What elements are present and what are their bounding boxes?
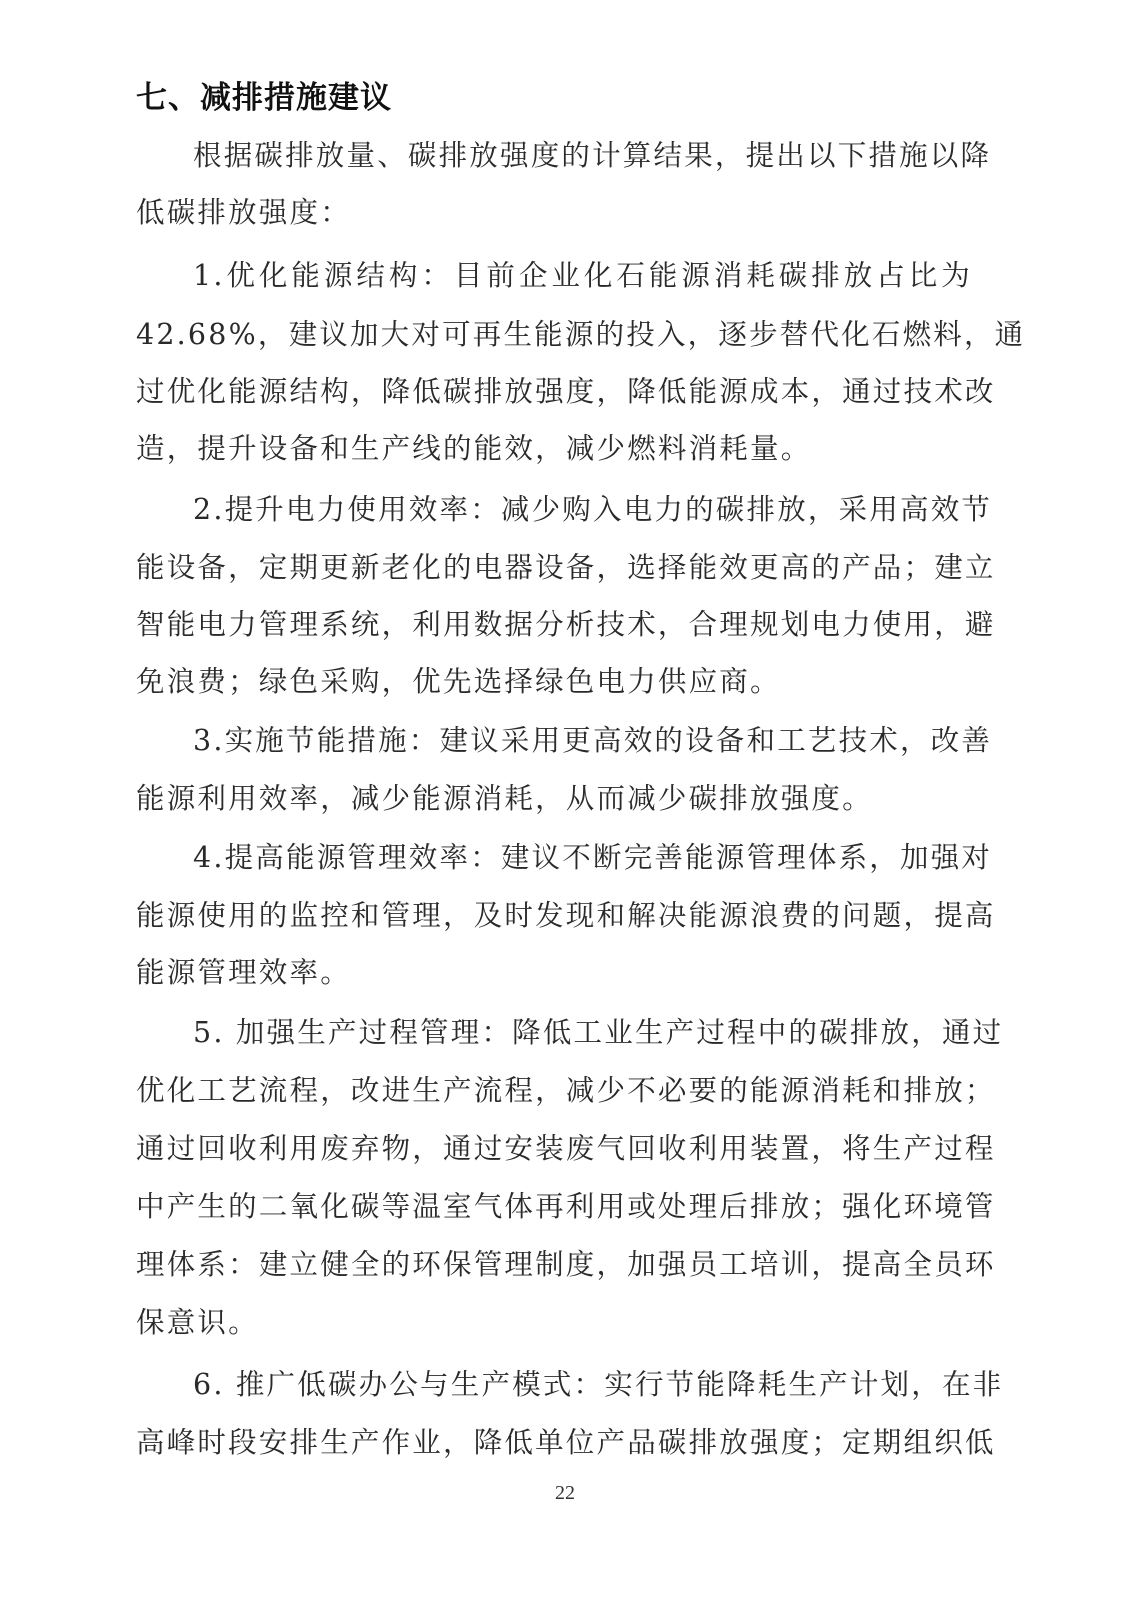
document-page: 七、减排措施建议 根据碳排放量、碳排放强度的计算结果，提出以下措施以降 低碳排放…: [0, 0, 1130, 1600]
measure-5-line: 保意识。: [136, 1300, 972, 1341]
intro-line: 低碳排放强度：: [136, 190, 972, 231]
page-number: 22: [0, 1482, 1130, 1505]
measure-2-line: 能设备，定期更新老化的电器设备，选择能效更高的产品；建立: [136, 545, 972, 586]
measure-5-line: 中产生的二氧化碳等温室气体再利用或处理后排放；强化环境管: [136, 1184, 972, 1225]
intro-line: 根据碳排放量、碳排放强度的计算结果，提出以下措施以降: [193, 133, 972, 174]
measure-4-line: 4.提高能源管理效率：建议不断完善能源管理体系，加强对: [193, 835, 972, 876]
measure-5-line: 5. 加强生产过程管理：降低工业生产过程中的碳排放，通过: [193, 1010, 972, 1051]
measure-1-line: 42.68%，建议加大对可再生能源的投入，逐步替代化石燃料，通: [136, 312, 972, 353]
measure-1-line: 1.优化能源结构：目前企业化石能源消耗碳排放占比为: [193, 253, 972, 294]
measure-1-line: 过优化能源结构，降低碳排放强度，降低能源成本，通过技术改: [136, 369, 972, 410]
measure-5-line: 通过回收利用废弃物，通过安装废气回收利用装置，将生产过程: [136, 1126, 972, 1167]
measure-5-line: 理体系：建立健全的环保管理制度，加强员工培训，提高全员环: [136, 1242, 972, 1283]
measure-2-line: 免浪费；绿色采购，优先选择绿色电力供应商。: [136, 659, 972, 700]
measure-2-line: 2.提升电力使用效率：减少购入电力的碳排放，采用高效节: [193, 487, 972, 528]
section-heading: 七、减排措施建议: [136, 72, 392, 117]
measure-4-line: 能源管理效率。: [136, 950, 972, 991]
measure-2-line: 智能电力管理系统，利用数据分析技术，合理规划电力使用，避: [136, 602, 972, 643]
measure-4-line: 能源使用的监控和管理，及时发现和解决能源浪费的问题，提高: [136, 893, 972, 934]
measure-6-line: 高峰时段安排生产作业，降低单位产品碳排放强度；定期组织低: [136, 1420, 972, 1461]
measure-1-line: 造，提升设备和生产线的能效，减少燃料消耗量。: [136, 426, 972, 467]
measure-6-line: 6. 推广低碳办公与生产模式：实行节能降耗生产计划，在非: [193, 1362, 972, 1403]
measure-3-line: 3.实施节能措施：建议采用更高效的设备和工艺技术，改善: [193, 718, 972, 759]
measure-5-line: 优化工艺流程，改进生产流程，减少不必要的能源消耗和排放；: [136, 1068, 972, 1109]
measure-3-line: 能源利用效率，减少能源消耗，从而减少碳排放强度。: [136, 776, 972, 817]
